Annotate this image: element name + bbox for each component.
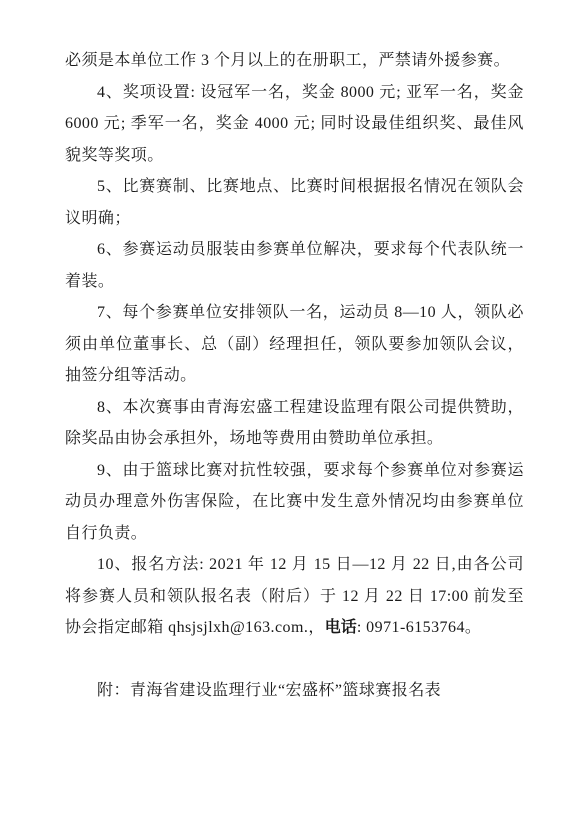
paragraph-continuation: 必须是本单位工作 3 个月以上的在册职工，严禁请外援参赛。 (65, 45, 524, 77)
list-item-6-uniforms: 6、参赛运动员服装由参赛单位解决，要求每个代表队统一着装。 (65, 234, 524, 297)
registration-text-mid: .， (304, 619, 325, 636)
list-item-4-awards: 4、奖项设置: 设冠军一名，奖金 8000 元; 亚军一名，奖金 6000 元;… (65, 77, 524, 172)
list-item-7-team-leaders: 7、每个参赛单位安排领队一名，运动员 8—10 人，领队必须由单位董事长、总（副… (65, 297, 524, 392)
registration-text-end: 。 (465, 619, 481, 636)
email-address: qhsjsjlxh@163.com (168, 619, 304, 636)
attachment-note: 附：青海省建设监理行业“宏盛杯”篮球赛报名表 (65, 675, 524, 707)
phone-number: 0971-6153764 (366, 619, 465, 636)
list-item-9-insurance: 9、由于篮球比赛对抗性较强，要求每个参赛单位对参赛运动员办理意外伤害保险，在比赛… (65, 455, 524, 550)
phone-label: 电话 (325, 619, 357, 636)
list-item-10-registration: 10、报名方法: 2021 年 12 月 15 日—12 月 22 日,由各公司… (65, 549, 524, 644)
phone-separator: : (357, 619, 366, 636)
document-page: 必须是本单位工作 3 个月以上的在册职工，严禁请外援参赛。 4、奖项设置: 设冠… (0, 0, 588, 835)
list-item-8-sponsorship: 8、本次赛事由青海宏盛工程建设监理有限公司提供赞助，除奖品由协会承担外，场地等费… (65, 392, 524, 455)
list-item-5-schedule: 5、比赛赛制、比赛地点、比赛时间根据报名情况在领队会议明确； (65, 171, 524, 234)
